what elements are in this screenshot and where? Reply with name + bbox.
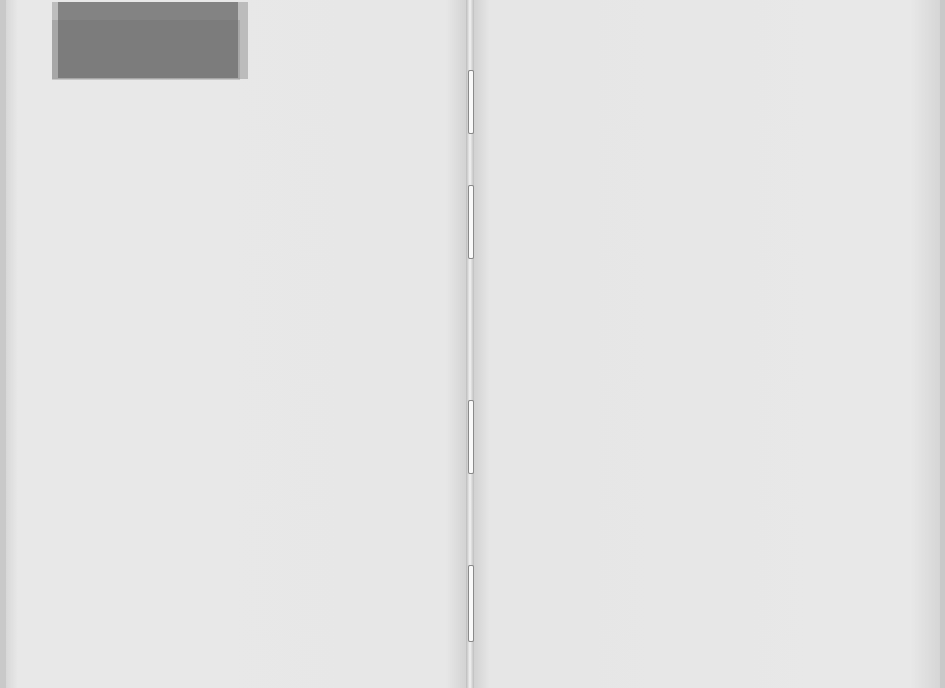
right-page: [470, 0, 940, 688]
binding-stitch: [468, 400, 474, 474]
binding-stitch: [468, 70, 474, 134]
binding-stitch: [468, 565, 474, 642]
binding-stitch: [468, 185, 474, 259]
left-page: [6, 0, 470, 688]
